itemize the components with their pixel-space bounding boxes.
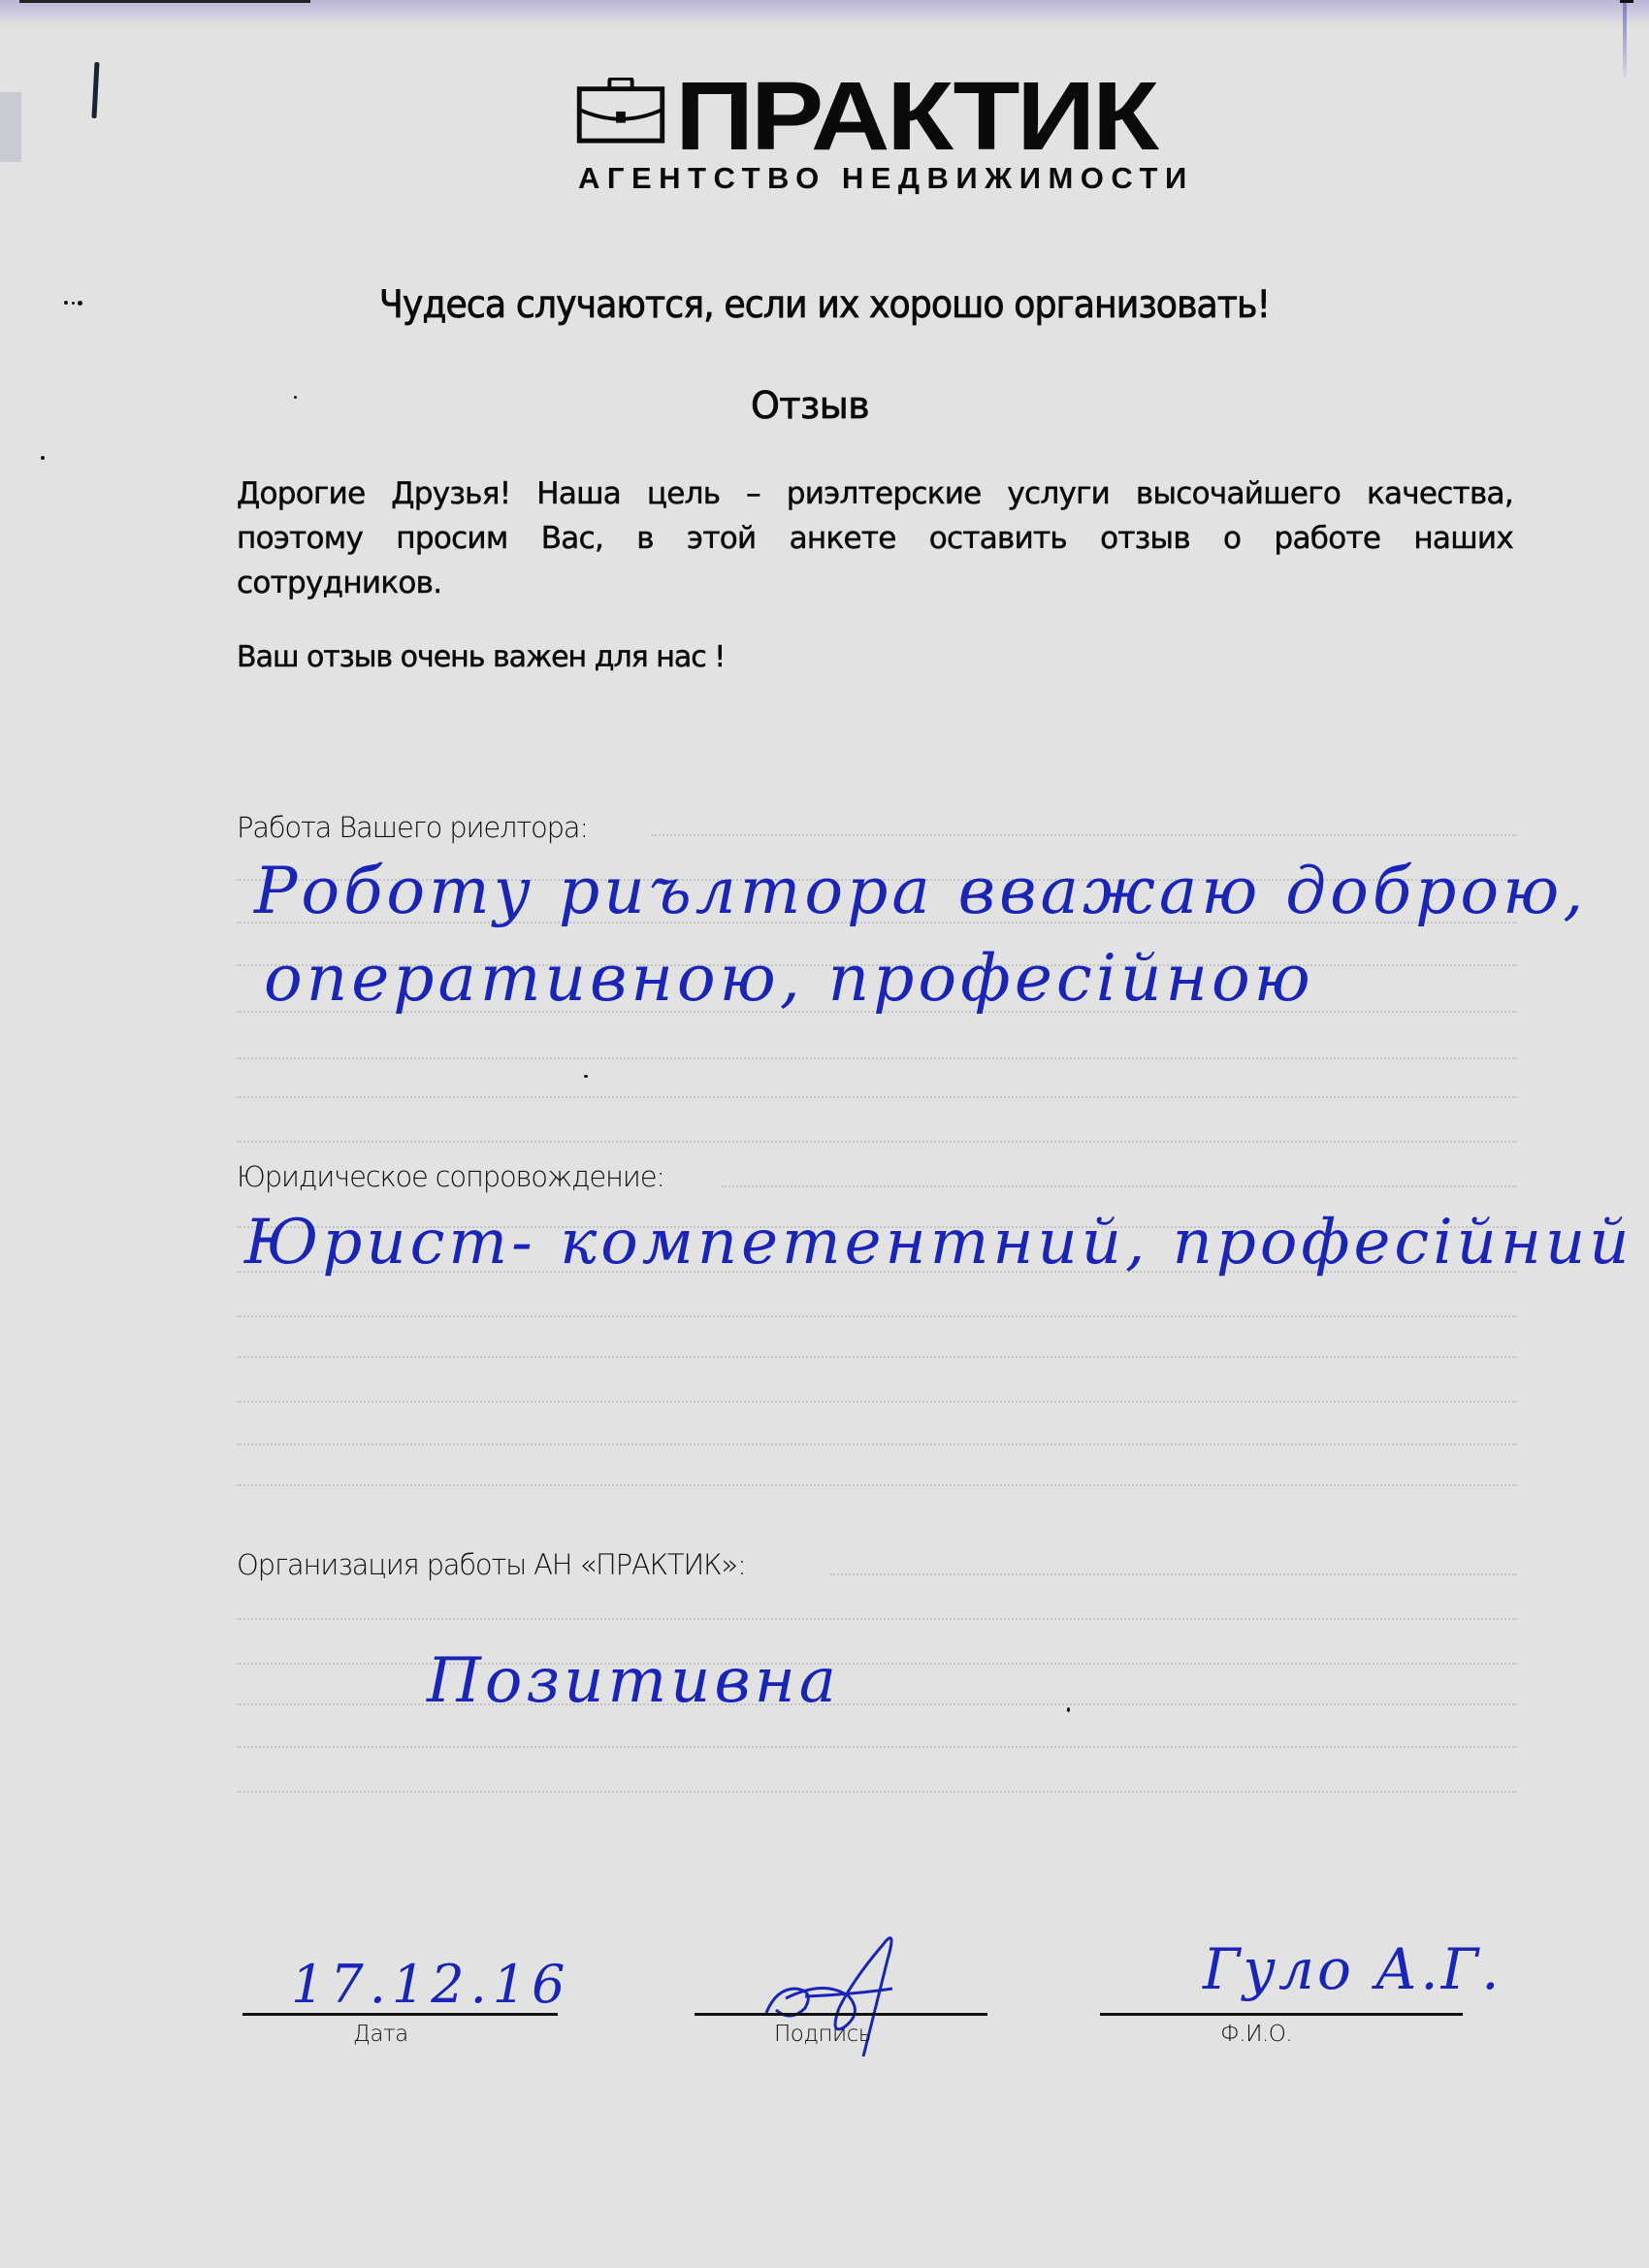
date-line bbox=[242, 2013, 558, 2016]
ruled-line bbox=[237, 1141, 1517, 1143]
ruled-line bbox=[830, 1573, 1517, 1575]
ruled-line bbox=[237, 1057, 1517, 1059]
ruled-line bbox=[237, 1096, 1517, 1098]
section-label-realtor: Работа Вашего риелтора: bbox=[237, 811, 588, 844]
name-caption: Ф.И.О. bbox=[1220, 2022, 1292, 2047]
briefcase-icon bbox=[576, 78, 665, 144]
ruled-line bbox=[237, 1746, 1517, 1748]
ruled-line bbox=[652, 834, 1517, 836]
page-title: Отзыв bbox=[751, 384, 869, 427]
signature-caption: Подпись bbox=[774, 2022, 871, 2047]
answer-legal: Юрист- компетентний, професійний bbox=[244, 1207, 1633, 1279]
scan-edge-top bbox=[0, 0, 1649, 27]
speck bbox=[1067, 1707, 1070, 1712]
date-value: 17.12.16 bbox=[291, 1954, 570, 2015]
pen-mark bbox=[91, 62, 99, 118]
intro-line: Дорогие Друзья! Наша цель – риэлтерские … bbox=[237, 471, 1513, 516]
ruled-line bbox=[237, 1618, 1517, 1620]
speck bbox=[41, 456, 45, 460]
intro-line: поэтому просим Вас, в этой анкете остави… bbox=[237, 516, 1513, 561]
scan-edge-mark bbox=[19, 0, 310, 3]
intro-line: сотрудников. bbox=[237, 561, 1513, 605]
ruled-line bbox=[722, 1185, 1517, 1187]
ruled-line bbox=[237, 1315, 1517, 1317]
scan-edge-left bbox=[0, 92, 21, 162]
ruled-line bbox=[237, 1484, 1517, 1486]
answer-realtor-line-1: Роботу риълтора вважаю доброю, bbox=[254, 854, 1587, 928]
answer-organization: Позитивна bbox=[427, 1645, 840, 1717]
section-label-legal: Юридическое сопровождение: bbox=[237, 1160, 664, 1193]
signature-line bbox=[695, 2013, 987, 2016]
date-caption: Дата bbox=[353, 2022, 408, 2047]
name-line bbox=[1100, 2013, 1463, 2016]
ruled-line bbox=[237, 1356, 1517, 1358]
brand-subtitle: АГЕНТСТВО НЕДВИЖИМОСТИ bbox=[578, 161, 1176, 196]
section-label-organization: Организация работы АН «ПРАКТИК»: bbox=[237, 1548, 746, 1581]
scan-edge-corner bbox=[1620, 0, 1633, 3]
scan-edge-right bbox=[1623, 0, 1627, 78]
speck bbox=[294, 396, 297, 399]
ruled-line bbox=[237, 1791, 1517, 1793]
answer-realtor-line-2: оперативною, професійною bbox=[264, 941, 1314, 1016]
ruled-line bbox=[237, 1401, 1517, 1403]
slogan: Чудеса случаются, если их хорошо организ… bbox=[58, 283, 1592, 327]
ruled-line bbox=[237, 1443, 1517, 1445]
company-logo: ПРАКТИК АГЕНТСТВО НЕДВИЖИМОСТИ bbox=[576, 64, 1178, 200]
intro-paragraph: Дорогие Друзья! Наша цель – риэлтерские … bbox=[237, 471, 1513, 605]
important-note: Ваш отзыв очень важен для нас ! bbox=[237, 640, 725, 674]
speck bbox=[584, 1075, 588, 1078]
brand-name: ПРАКТИК bbox=[675, 68, 1156, 165]
name-value: Гуло А.Г. bbox=[1203, 1936, 1503, 2002]
